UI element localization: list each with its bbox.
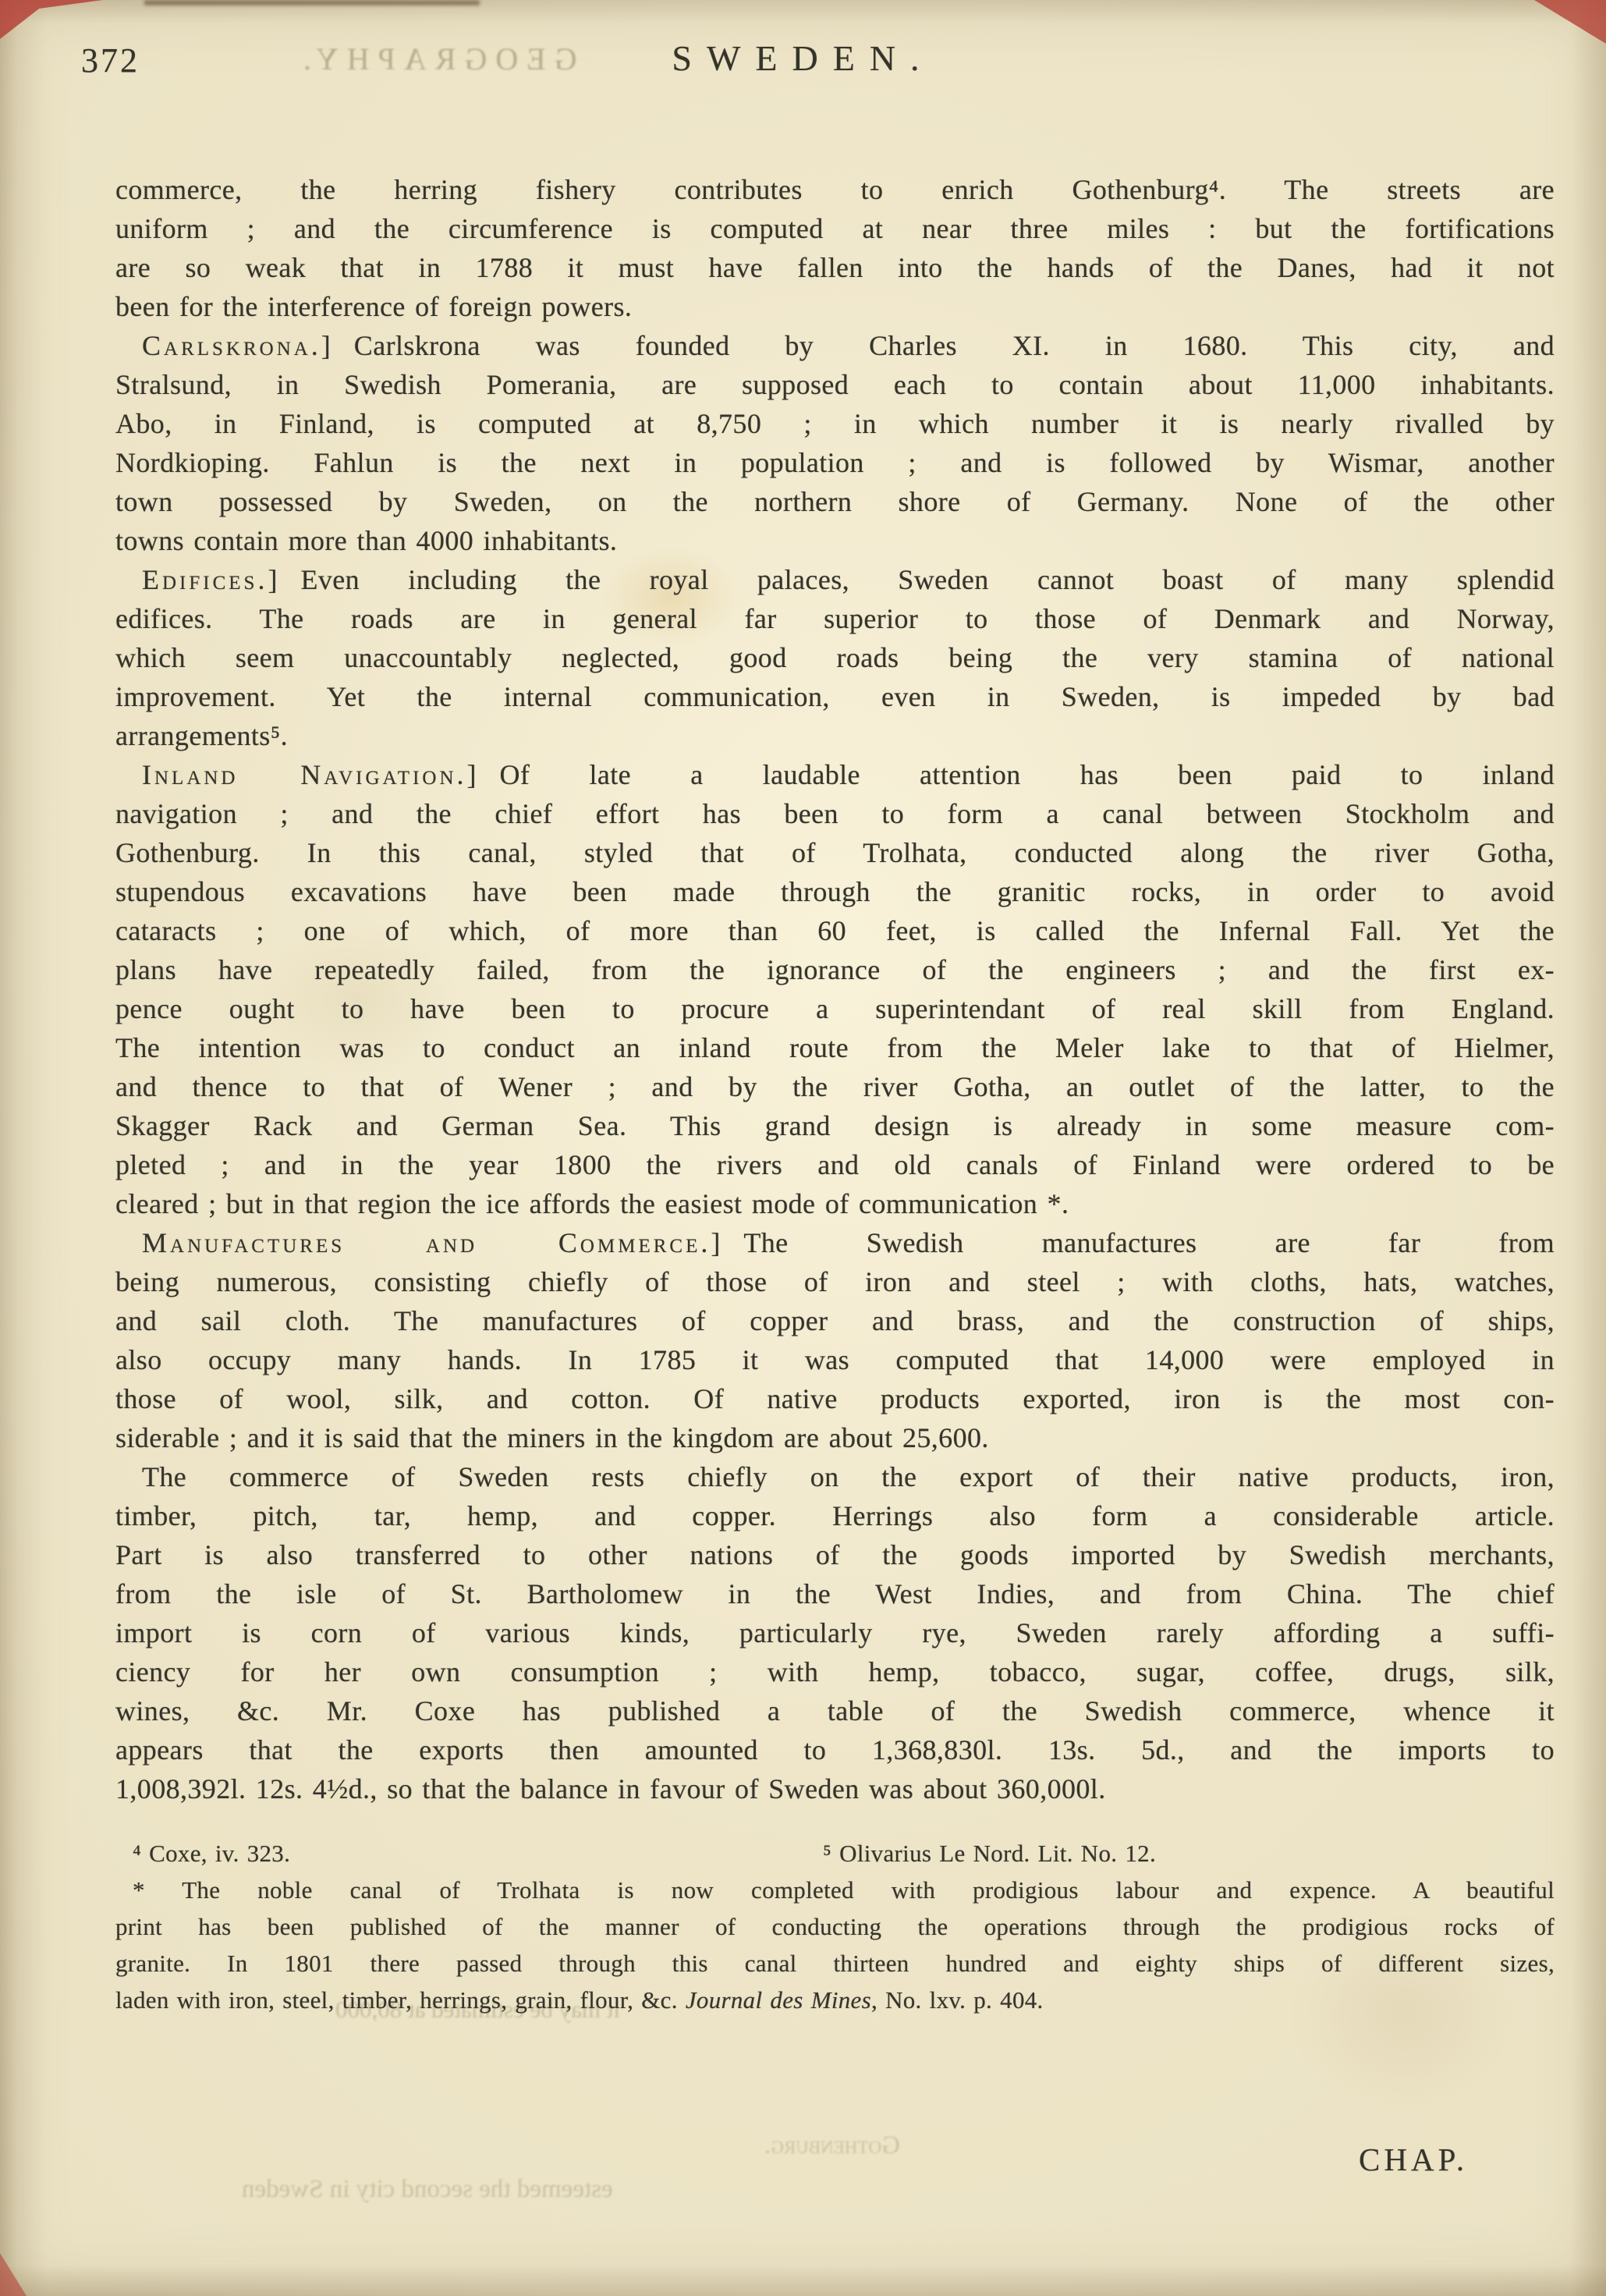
text-line: Inland Navigation.]Of late a laudable at… [115, 755, 1555, 794]
line-text: Of late a laudable attention has been pa… [500, 759, 1555, 790]
text-line: towns contain more than 4000 inhabitants… [115, 521, 1555, 560]
text-line: been for the interference of foreign pow… [115, 287, 1555, 326]
text-line: Part is also transferred to other nation… [115, 1535, 1555, 1574]
text-line: plans have repeatedly failed, from the i… [115, 950, 1555, 989]
text-line: Manufactures and Commerce.]The Swedish m… [115, 1223, 1555, 1262]
section-head: Inland Navigation.] [142, 759, 500, 790]
line-text: Carlskrona was founded by Charles XI. in… [354, 330, 1555, 361]
text-line: Gothenburg. In this canal, styled that o… [115, 833, 1555, 872]
footnote-star-line: * The noble canal of Trolhata is now com… [115, 1872, 1555, 1908]
scan-artifact-top-left [0, 0, 103, 39]
text-line: Stralsund, in Swedish Pomerania, are sup… [115, 365, 1555, 404]
footnote-text: laden with iron, steel, timber, herrings… [115, 1986, 686, 2014]
text-line: improvement. Yet the internal communicat… [115, 677, 1555, 716]
section-head: Manufactures and Commerce.] [142, 1227, 743, 1258]
footnote-ref-row: ⁴ Coxe, iv. 323. ⁵ Olivarius Le Nord. Li… [115, 1835, 1555, 1872]
paragraph: Edifices.]Even including the royal palac… [115, 560, 1555, 755]
text-line: cataracts ; one of which, of more than 6… [115, 911, 1555, 950]
line-text: Even including the royal palaces, Sweden… [300, 564, 1555, 595]
footnote-text: , No. lxv. p. 404. [871, 1986, 1044, 2014]
scan-artifact-top-streak [144, 0, 480, 5]
book-page: GEOGRAPHY. it may be estimated at 80,000… [0, 0, 1606, 2296]
paragraph: The commerce of Sweden rests chiefly on … [115, 1457, 1555, 1808]
body-text: commerce, the herring fishery contribute… [115, 170, 1555, 1808]
text-line: commerce, the herring fishery contribute… [115, 170, 1555, 209]
text-line: Nordkioping. Fahlun is the next in popul… [115, 443, 1555, 482]
text-line: wines, &c. Mr. Coxe has published a tabl… [115, 1691, 1555, 1730]
text-line: which seem unaccountably neglected, good… [115, 638, 1555, 677]
ghost-text: Gothenburg. [764, 2131, 900, 2160]
line-text: The Swedish manufactures are far from [743, 1227, 1555, 1258]
text-line: The intention was to conduct an inland r… [115, 1028, 1555, 1067]
text-line: and thence to that of Wener ; and by the… [115, 1067, 1555, 1106]
text-line: are so weak that in 1788 it must have fa… [115, 248, 1555, 287]
text-line: from the isle of St. Bartholomew in the … [115, 1574, 1555, 1613]
text-line: pence ought to have been to procure a su… [115, 989, 1555, 1028]
footnote-star-line: laden with iron, steel, timber, herrings… [115, 1982, 1555, 2018]
paragraph: Inland Navigation.]Of late a laudable at… [115, 755, 1555, 1223]
catchword: CHAP. [1359, 2141, 1468, 2178]
text-line: The commerce of Sweden rests chiefly on … [115, 1457, 1555, 1496]
text-line: 1,008,392l. 12s. 4½d., so that the balan… [115, 1769, 1555, 1808]
text-line: ciency for her own consumption ; with he… [115, 1652, 1555, 1691]
footnotes: ⁴ Coxe, iv. 323. ⁵ Olivarius Le Nord. Li… [115, 1835, 1555, 2018]
text-line: appears that the exports then amounted t… [115, 1730, 1555, 1769]
footnote-star-line: granite. In 1801 there passed through th… [115, 1945, 1555, 1982]
text-line: arrangements⁵. [115, 716, 1555, 755]
text-line: edifices. The roads are in general far s… [115, 599, 1555, 638]
text-line: Edifices.]Even including the royal palac… [115, 560, 1555, 599]
text-line: navigation ; and the chief effort has be… [115, 794, 1555, 833]
paragraph: Manufactures and Commerce.]The Swedish m… [115, 1223, 1555, 1457]
text-line: town possessed by Sweden, on the norther… [115, 482, 1555, 521]
footnote-ref-5: ⁵ Olivarius Le Nord. Lit. No. 12. [823, 1835, 1156, 1872]
paragraph: commerce, the herring fishery contribute… [115, 170, 1555, 326]
text-line: also occupy many hands. In 1785 it was c… [115, 1340, 1555, 1379]
footnote-star-line: print has been published of the manner o… [115, 1908, 1555, 1945]
text-line: Abo, in Finland, is computed at 8,750 ; … [115, 404, 1555, 443]
text-line: stupendous excavations have been made th… [115, 872, 1555, 911]
running-header: SWEDEN. [0, 37, 1606, 79]
journal-title-italic: Journal des Mines [686, 1986, 871, 2014]
text-line: Carlskrona.]Carlskrona was founded by Ch… [115, 326, 1555, 365]
text-line: Skagger Rack and German Sea. This grand … [115, 1106, 1555, 1145]
text-line: import is corn of various kinds, particu… [115, 1613, 1555, 1652]
scan-artifact-bottom-left [0, 2253, 27, 2296]
text-line: timber, pitch, tar, hemp, and copper. He… [115, 1496, 1555, 1535]
section-head: Carlskrona.] [142, 330, 354, 361]
footnote-ref-4: ⁴ Coxe, iv. 323. [115, 1840, 290, 1867]
text-line: and sail cloth. The manufactures of copp… [115, 1301, 1555, 1340]
text-line: being numerous, consisting chiefly of th… [115, 1262, 1555, 1301]
text-line: uniform ; and the circumference is compu… [115, 209, 1555, 248]
ghost-text: esteemed the second city in Sweden [242, 2175, 613, 2204]
text-line: cleared ; but in that region the ice aff… [115, 1184, 1555, 1223]
text-line: those of wool, silk, and cotton. Of nati… [115, 1379, 1555, 1418]
text-line: siderable ; and it is said that the mine… [115, 1418, 1555, 1457]
text-line: pleted ; and in the year 1800 the rivers… [115, 1145, 1555, 1184]
section-head: Edifices.] [142, 564, 300, 595]
paragraph: Carlskrona.]Carlskrona was founded by Ch… [115, 326, 1555, 560]
